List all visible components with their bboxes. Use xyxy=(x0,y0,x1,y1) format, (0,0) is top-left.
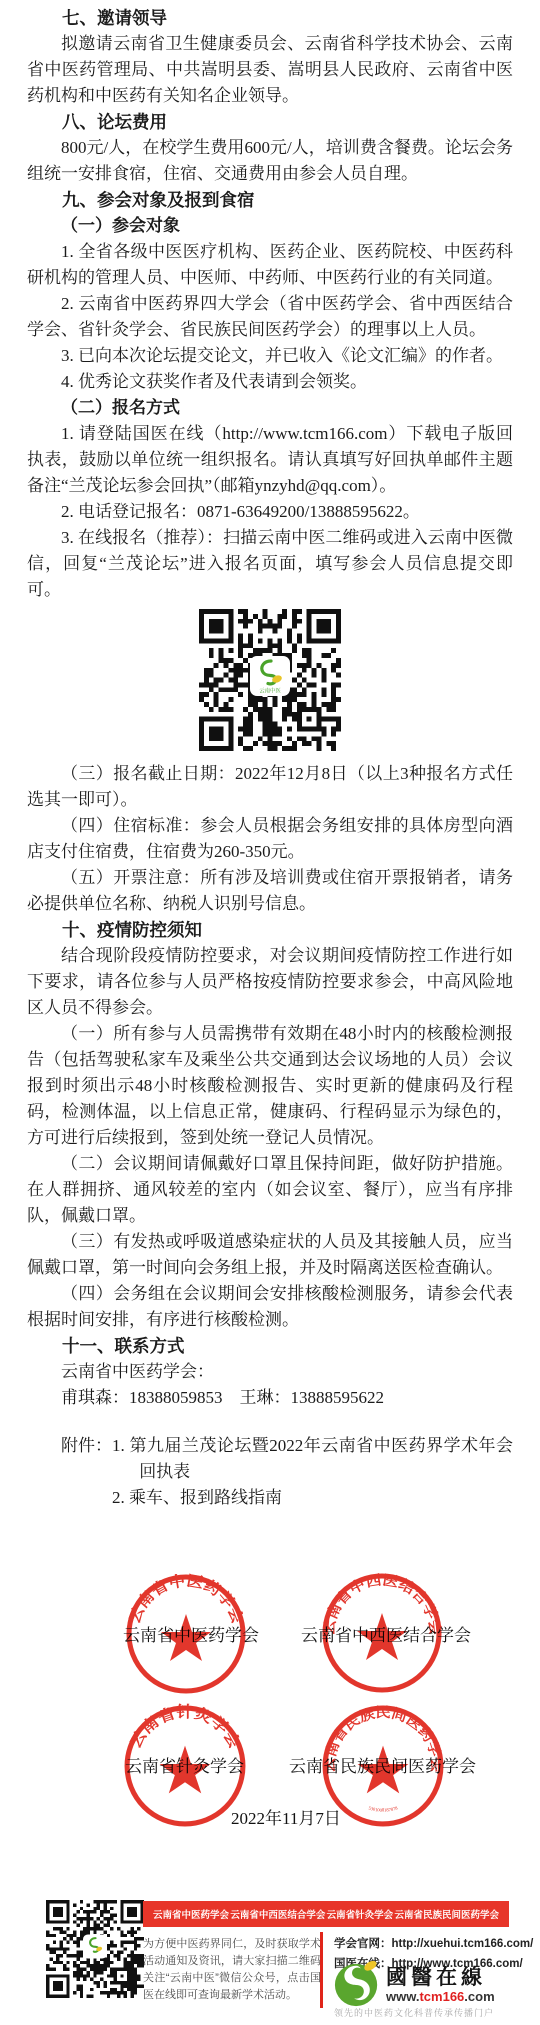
contact-phones: 甫琪森：18388059853 王琳：13888595622 xyxy=(27,1385,513,1411)
seal-3-ring-text: 云南省针灸学会 xyxy=(127,1703,244,1752)
registration-qr-block: 云南中医 xyxy=(27,609,513,751)
footer-society-3: 云南省针灸学会 xyxy=(327,1907,394,1921)
footer-society-bar: 云南省中医药学会 云南省中西医结合学会 云南省针灸学会 云南省民族民间医药学会 xyxy=(143,1901,509,1927)
section-11-heading: 十一、联系方式 xyxy=(27,1333,513,1359)
attachments-label: 附件： xyxy=(61,1433,112,1511)
official-seal-2: 云南省中西医结合学会 xyxy=(320,1570,444,1696)
attachment-item-2: 2. 乘车、报到路线指南 xyxy=(112,1485,513,1511)
attachment-item-1: 1. 第九届兰茂论坛暨2022年云南省中医药界学术年会回执表 xyxy=(112,1433,513,1485)
invoice-paragraph: （五）开票注意：所有涉及培训费或住宿开票报销者，请务必提供单位名称、纳税人识别号… xyxy=(27,865,513,917)
covid-item-2: （二）会议期间请佩戴好口罩且保持间距，做好防护措施。在人群拥挤、通风较差的室内（… xyxy=(27,1151,513,1229)
covid-item-4: （四）会务组在会议期间会安排核酸检测服务，请参会代表根据时间安排，有序进行核酸检… xyxy=(27,1281,513,1333)
seal-4-serial-number: 5301000187878 xyxy=(367,1806,399,1814)
signature-date: 2022年11月7日 xyxy=(231,1804,341,1829)
footer-divider xyxy=(320,1932,323,2008)
section-7-paragraph: 拟邀请云南省卫生健康委员会、云南省科学技术协会、云南省中医药管理局、中共嵩明县委… xyxy=(27,31,513,109)
guoyi-online-url: www.tcm166.com xyxy=(386,1989,495,2004)
footer-society-2: 云南省中西医结合学会 xyxy=(230,1907,325,1921)
svg-text:云南省针灸学会: 云南省针灸学会 xyxy=(127,1703,244,1752)
wechat-qr-code xyxy=(46,1900,144,1998)
guoyi-online-logo: 國醫在線 www.tcm166.com xyxy=(333,1958,495,2010)
attendee-item-1: 1. 全省各级中医医疗机构、医药企业、医药院校、中医药科研机构的管理人员、中医师… xyxy=(27,239,513,291)
footer-society-4: 云南省民族民间医药学会 xyxy=(394,1907,499,1921)
registration-qr-code: 云南中医 xyxy=(199,609,341,751)
qr-logo-caption: 云南中医 xyxy=(259,687,281,695)
lodging-paragraph: （四）住宿标准：参会人员根据会务组安排的具体房型向酒店支付住宿费，住宿费为260… xyxy=(27,813,513,865)
covid-item-1: （一）所有参与人员需携带有效期在48小时内的核酸检测报告（包括驾驶私家车及乘坐公… xyxy=(27,1021,513,1151)
register-item-3: 3. 在线报名（推荐）：扫描云南中医二维码或进入云南中医微信，回复“兰茂论坛”进… xyxy=(27,525,513,603)
attendee-item-4: 4. 优秀论文获奖作者及代表请到会领奖。 xyxy=(27,369,513,395)
section-9-2-heading: （二）报名方式 xyxy=(27,395,513,421)
footer-society-1: 云南省中医药学会 xyxy=(153,1907,229,1921)
svg-text:5301000187878: 5301000187878 xyxy=(367,1806,399,1814)
notice-body: 七、邀请领导 拟邀请云南省卫生健康委员会、云南省科学技术协会、云南省中医药管理局… xyxy=(27,5,513,1561)
notice-document-page: 七、邀请领导 拟邀请云南省卫生健康委员会、云南省科学技术协会、云南省中医药管理局… xyxy=(0,0,540,2025)
society-website-line: 学会官网：http://xuehui.tcm166.com/ xyxy=(334,1934,533,1954)
section-10-heading: 十、疫情防控须知 xyxy=(27,917,513,943)
footer: 云南省中医药学会 云南省中西医结合学会 云南省针灸学会 云南省民族民间医药学会 … xyxy=(0,1890,540,2025)
guoyi-online-title: 國醫在線 xyxy=(386,1965,486,1989)
covid-item-3: （三）有发热或呼吸道感染症状的人员及其接触人员，应当佩戴口罩，第一时间向会务组上… xyxy=(27,1229,513,1281)
footer-promo-text: 为方便中医药界同仁，及时获取学术活动通知及资讯，请大家扫描二维码关注“云南中医”… xyxy=(143,1936,321,2004)
deadline-paragraph: （三）报名截止日期：2022年12月8日（以上3种报名方式任选其一即可）。 xyxy=(27,761,513,813)
society-website-url: http://xuehui.tcm166.com/ xyxy=(392,1938,534,1950)
contact-org: 云南省中医药学会： xyxy=(27,1359,513,1385)
section-8-heading: 八、论坛费用 xyxy=(27,109,513,135)
attendee-item-2: 2. 云南省中医药界四大学会（省中医药学会、省中西医结合学会、省针灸学会、省民族… xyxy=(27,291,513,343)
guoyi-online-swirl-icon xyxy=(333,1958,381,2010)
section-9-heading: 九、参会对象及报到食宿 xyxy=(27,187,513,213)
official-seal-1: 云南省中医药学会 xyxy=(124,1571,248,1697)
register-item-2: 2. 电话登记报名：0871-63649200/13888595622。 xyxy=(27,499,513,525)
guoyi-online-tagline: 领先的中医药文化科普传承传播门户 xyxy=(334,2006,494,2019)
society-website-label: 学会官网： xyxy=(334,1938,392,1950)
yunnan-tcm-logo-small xyxy=(83,1935,107,1964)
attachments-block: 附件： 1. 第九届兰茂论坛暨2022年云南省中医药界学术年会回执表 2. 乘车… xyxy=(27,1433,513,1511)
yunnan-tcm-logo: 云南中医 xyxy=(250,656,290,704)
section-9-1-heading: （一）参会对象 xyxy=(27,213,513,239)
attendee-item-3: 3. 已向本次论坛提交论文，并已收入《论文汇编》的作者。 xyxy=(27,343,513,369)
section-8-paragraph: 800元/人，在校学生费用600元/人，培训费含餐费。论坛会务组统一安排食宿，住… xyxy=(27,135,513,187)
covid-intro: 结合现阶段疫情防控要求，对会议期间疫情防控工作进行如下要求，请各位参与人员严格按… xyxy=(27,943,513,1021)
official-seal-3: 云南省针灸学会 xyxy=(122,1702,248,1830)
section-7-heading: 七、邀请领导 xyxy=(27,5,513,31)
register-item-1: 1. 请登陆国医在线（http://www.tcm166.com）下载电子版回执… xyxy=(27,421,513,499)
